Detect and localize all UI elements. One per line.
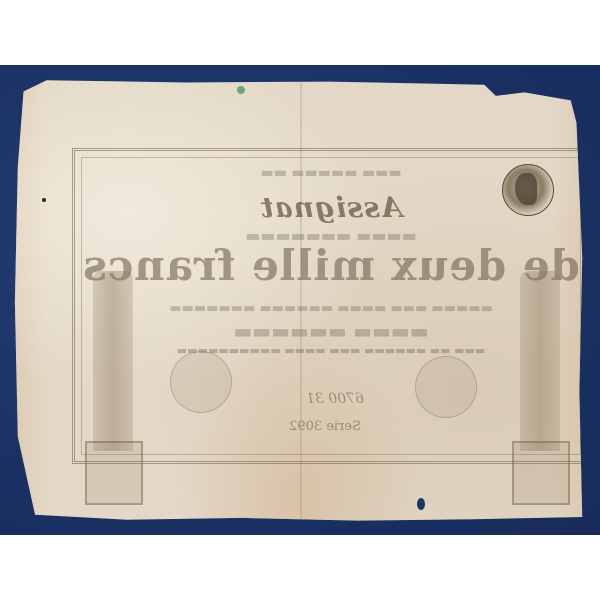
serial-fragment: 6700 31 bbox=[255, 391, 415, 407]
ghost-line-3: ▬▬▬▬▬ ▬▬▬ ▬▬▬▬ ▬▬▬▬▬▬ ▬▬▬▬▬▬▬ bbox=[75, 301, 587, 316]
right-pedestal bbox=[512, 441, 570, 505]
green-stain bbox=[237, 86, 245, 94]
banknote: ▬▬▬ ▬▬▬▬▬ ▬▬ Assignat ▬▬▬▬ ▬▬▬▬▬▬▬ de de… bbox=[12, 78, 588, 526]
left-figure bbox=[93, 271, 133, 451]
denomination-text: de deux mille francs bbox=[75, 241, 587, 290]
ghost-line-5: ▬▬▬ ▬▬ ▬▬▬▬▬▬ ▬▬▬ ▬▬▬▬ ▬▬▬▬▬▬▬▬▬▬ bbox=[75, 344, 587, 357]
right-figure bbox=[520, 271, 560, 451]
left-pedestal bbox=[85, 441, 143, 505]
spot bbox=[42, 198, 46, 202]
hole bbox=[417, 498, 425, 510]
left-dry-seal bbox=[170, 351, 232, 413]
portrait-medallion-icon bbox=[502, 164, 554, 216]
right-dry-seal bbox=[415, 356, 477, 418]
serie-label: Serie 3092 bbox=[225, 419, 425, 434]
ghost-line-4: ▬▬▬▬ ▬▬▬▬▬▬ bbox=[75, 319, 587, 343]
